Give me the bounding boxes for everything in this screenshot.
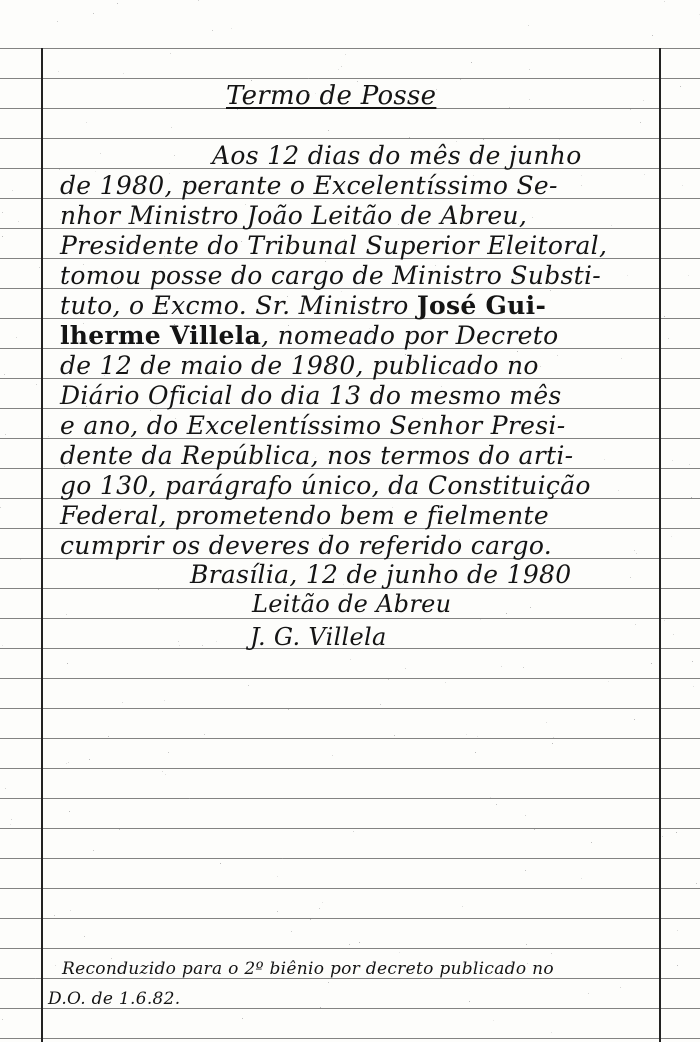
speck: [634, 719, 635, 720]
speck: [328, 459, 329, 460]
speck: [249, 420, 250, 421]
signature-nominee: J. G. Villela: [250, 625, 387, 649]
speck: [644, 174, 645, 175]
left-margin-line: [41, 48, 43, 1042]
speck: [308, 78, 309, 79]
body-line-3: nhor Ministro João Leitão de Abreu,: [60, 203, 527, 228]
body-line-6-text: tuto, o Excmo. Sr. Ministro: [60, 291, 417, 320]
speck: [435, 265, 436, 266]
speck: [83, 323, 84, 324]
speck: [696, 883, 697, 884]
speck: [480, 619, 481, 620]
speck: [59, 169, 60, 170]
footnote-line-1: Reconduzido para o 2º biênio por decreto…: [62, 961, 554, 978]
speck: [672, 460, 673, 461]
speck: [357, 81, 358, 82]
speck: [525, 815, 526, 816]
speck: [427, 400, 428, 401]
body-line-8: de 12 de maio de 1980, publicado no: [60, 353, 539, 378]
speck: [529, 99, 530, 100]
right-margin-line: [659, 48, 661, 1042]
speck: [459, 539, 460, 540]
body-line-1: Aos 12 dias do mês de junho: [212, 143, 582, 168]
speck: [343, 584, 344, 585]
speck: [525, 870, 526, 871]
speck: [688, 275, 689, 276]
speck: [178, 641, 179, 642]
ruled-line: [0, 858, 700, 859]
speck: [551, 1032, 552, 1033]
speck: [620, 987, 621, 988]
speck: [344, 239, 345, 240]
speck: [517, 351, 518, 352]
speck: [536, 513, 537, 514]
speck: [462, 511, 463, 512]
speck: [664, 620, 665, 621]
speck: [540, 366, 541, 367]
speck: [315, 457, 316, 458]
speck: [2, 212, 3, 213]
speck: [640, 122, 641, 123]
speck: [388, 679, 389, 680]
speck: [460, 79, 461, 80]
speck: [84, 936, 85, 937]
speck: [234, 579, 235, 580]
speck: [445, 682, 446, 683]
speck: [662, 836, 663, 837]
speck: [39, 267, 40, 268]
speck: [231, 28, 232, 29]
speck: [496, 804, 497, 805]
ledger-page: Termo de Posse Aos 12 dias do mês de jun…: [0, 0, 700, 1042]
speck: [99, 393, 100, 394]
speck: [76, 498, 77, 499]
speck: [220, 863, 221, 864]
speck: [372, 550, 373, 551]
speck: [5, 788, 6, 789]
speck: [86, 406, 87, 407]
speck: [477, 736, 478, 737]
speck: [643, 100, 644, 101]
speck: [174, 324, 175, 325]
speck: [664, 1, 665, 2]
speck: [61, 318, 62, 319]
ruled-line: [0, 948, 700, 949]
speck: [673, 634, 674, 635]
speck: [16, 337, 17, 338]
speck: [175, 418, 176, 419]
speck: [664, 316, 665, 317]
speck: [0, 507, 1, 508]
speck: [692, 661, 693, 662]
speck: [83, 264, 84, 265]
speck: [245, 204, 246, 205]
speck: [581, 185, 582, 186]
speck: [320, 1007, 321, 1008]
speck: [18, 221, 19, 222]
speck: [635, 624, 636, 625]
speck: [132, 436, 133, 437]
speck: [553, 737, 554, 738]
speck: [290, 518, 291, 519]
speck: [680, 86, 681, 87]
footnote-line-2: D.O. de 1.6.82.: [48, 991, 181, 1008]
speck: [93, 13, 94, 14]
speck: [100, 153, 101, 154]
speck: [689, 464, 690, 465]
speck: [242, 1018, 243, 1019]
speck: [608, 681, 609, 682]
speck: [168, 752, 169, 753]
speck: [272, 191, 273, 192]
speck: [350, 659, 351, 660]
speck: [95, 171, 96, 172]
speck: [57, 21, 58, 22]
speck: [398, 224, 399, 225]
speck: [677, 930, 678, 931]
speck: [282, 858, 283, 859]
speck: [621, 358, 622, 359]
speck: [277, 911, 278, 912]
speck: [165, 774, 166, 775]
speck: [682, 185, 683, 186]
speck: [58, 71, 59, 72]
speck: [216, 252, 217, 253]
speck: [462, 906, 463, 907]
speck: [98, 309, 99, 310]
speck: [409, 137, 410, 138]
body-line-7-text: , nomeado por Decreto: [261, 321, 558, 350]
ruled-line: [0, 918, 700, 919]
speck: [11, 819, 12, 820]
ruled-line: [0, 618, 700, 619]
speck: [329, 558, 330, 559]
speck: [676, 832, 677, 833]
speck: [160, 314, 161, 315]
speck: [527, 963, 528, 964]
speck: [581, 878, 582, 879]
speck: [405, 668, 406, 669]
speck: [328, 982, 329, 983]
speck: [179, 645, 180, 646]
ruled-line: [0, 78, 700, 79]
speck: [64, 515, 65, 516]
speck: [216, 641, 217, 642]
speck: [422, 418, 423, 419]
body-line-11: dente da República, nos termos do arti-: [60, 443, 573, 468]
speck: [322, 538, 323, 539]
speck: [396, 190, 397, 191]
speck: [68, 762, 69, 763]
speck: [671, 536, 672, 537]
body-line-2: de 1980, perante o Excelentíssimo Se-: [60, 173, 558, 198]
speck: [382, 344, 383, 345]
speck: [618, 490, 619, 491]
speck: [241, 241, 242, 242]
speck: [677, 965, 678, 966]
speck: [469, 1001, 470, 1002]
body-line-7: lherme Villela, nomeado por Decreto: [60, 323, 558, 348]
speck: [291, 931, 292, 932]
speck: [156, 406, 157, 407]
speck: [380, 704, 381, 705]
speck: [164, 256, 165, 257]
speck: [2, 645, 3, 646]
speck: [509, 107, 510, 108]
speck: [552, 743, 553, 744]
body-line-12: go 130, parágrafo único, da Constituição: [60, 473, 591, 498]
speck: [393, 307, 394, 308]
speck: [349, 944, 350, 945]
speck: [170, 461, 171, 462]
speck: [117, 287, 118, 288]
speck: [36, 384, 37, 385]
speck: [35, 978, 36, 979]
speck: [2, 236, 3, 237]
speck: [170, 53, 171, 54]
nominee-name-part-1: José Gui-: [417, 291, 546, 320]
speck: [557, 355, 558, 356]
speck: [534, 829, 535, 830]
speck: [89, 759, 90, 760]
speck: [90, 339, 91, 340]
speck: [86, 122, 87, 123]
speck: [338, 69, 339, 70]
speck: [5, 434, 6, 435]
speck: [48, 436, 49, 437]
speck: [104, 375, 105, 376]
speck: [627, 275, 628, 276]
speck: [473, 175, 474, 176]
speck: [158, 589, 159, 590]
speck: [581, 175, 582, 176]
signature-president: Leitão de Abreu: [252, 592, 451, 616]
speck: [652, 35, 653, 36]
speck: [62, 367, 63, 368]
speck: [347, 437, 348, 438]
speck: [345, 54, 346, 55]
speck: [399, 952, 400, 953]
speck: [341, 291, 342, 292]
speck: [429, 563, 430, 564]
speck: [359, 942, 360, 943]
speck: [520, 549, 521, 550]
speck: [471, 62, 472, 63]
body-line-5: tomou posse do cargo de Ministro Substi-: [60, 263, 601, 288]
speck: [332, 755, 333, 756]
speck: [60, 219, 61, 220]
speck: [277, 876, 278, 877]
speck: [528, 25, 529, 26]
speck: [501, 666, 502, 667]
speck: [636, 553, 637, 554]
document-title: Termo de Posse: [226, 83, 436, 109]
speck: [63, 541, 64, 542]
speck: [493, 1020, 494, 1021]
speck: [212, 30, 213, 31]
speck: [2, 1019, 3, 1020]
speck: [161, 308, 162, 309]
speck: [169, 173, 170, 174]
speck: [193, 367, 194, 368]
body-line-13: Federal, prometendo bem e fielmente: [60, 503, 549, 528]
ruled-line: [0, 888, 700, 889]
body-line-14: cumprir os deveres do referido cargo.: [60, 533, 552, 558]
speck: [441, 386, 442, 387]
speck: [310, 919, 311, 920]
speck: [111, 958, 112, 959]
speck: [78, 341, 79, 342]
speck: [604, 459, 605, 460]
speck: [369, 328, 370, 329]
speck: [651, 663, 652, 664]
speck: [123, 73, 124, 74]
place-and-date: Brasília, 12 de junho de 1980: [190, 562, 571, 587]
speck: [551, 953, 552, 954]
speck: [150, 410, 151, 411]
speck: [120, 509, 121, 510]
ruled-line: [0, 768, 700, 769]
speck: [315, 93, 316, 94]
speck: [398, 304, 399, 305]
speck: [323, 163, 324, 164]
speck: [202, 645, 203, 646]
speck: [173, 250, 174, 251]
speck: [20, 559, 21, 560]
speck: [278, 282, 279, 283]
speck: [634, 550, 635, 551]
speck: [436, 89, 437, 90]
speck: [171, 127, 172, 128]
speck: [530, 607, 531, 608]
speck: [4, 374, 5, 375]
speck: [392, 507, 393, 508]
speck: [413, 359, 414, 360]
speck: [67, 663, 68, 664]
speck: [329, 304, 330, 305]
speck: [523, 667, 524, 668]
body-line-4: Presidente do Tribunal Superior Eleitora…: [60, 233, 607, 258]
ruled-line: [0, 48, 700, 49]
ruled-line: [0, 708, 700, 709]
speck: [189, 798, 190, 799]
speck: [693, 686, 694, 687]
speck: [347, 461, 348, 462]
nominee-name-part-2: lherme Villela: [60, 321, 261, 350]
speck: [546, 722, 547, 723]
speck: [506, 613, 507, 614]
speck: [164, 700, 165, 701]
speck: [122, 702, 123, 703]
speck: [12, 190, 13, 191]
speck: [198, 0, 199, 1]
speck: [470, 292, 471, 293]
speck: [204, 734, 205, 735]
speck: [356, 430, 357, 431]
speck: [287, 296, 288, 297]
speck: [534, 365, 535, 366]
speck: [70, 910, 71, 911]
speck: [473, 968, 474, 969]
speck: [691, 497, 692, 498]
speck: [341, 66, 342, 67]
ruled-line: [0, 1038, 700, 1039]
speck: [66, 763, 67, 764]
speck: [288, 325, 289, 326]
speck: [611, 225, 612, 226]
speck: [325, 261, 326, 262]
speck: [93, 850, 94, 851]
speck: [66, 614, 67, 615]
speck: [532, 217, 533, 218]
body-line-10: e ano, do Excelentíssimo Senhor Presi-: [60, 413, 565, 438]
ruled-line: [0, 678, 700, 679]
speck: [466, 734, 467, 735]
speck: [507, 333, 508, 334]
speck: [251, 80, 252, 81]
body-line-9: Diário Oficial do dia 13 do mesmo mês: [60, 383, 562, 408]
speck: [353, 831, 354, 832]
speck: [550, 290, 551, 291]
speck: [108, 736, 109, 737]
speck: [516, 277, 517, 278]
speck: [69, 811, 70, 812]
speck: [492, 582, 493, 583]
speck: [529, 69, 530, 70]
speck: [591, 842, 592, 843]
speck: [322, 902, 323, 903]
speck: [588, 993, 589, 994]
speck: [288, 709, 289, 710]
speck: [84, 462, 85, 463]
ruled-line: [0, 138, 700, 139]
speck: [490, 797, 491, 798]
ruled-line: [0, 798, 700, 799]
speck: [307, 393, 308, 394]
speck: [174, 155, 175, 156]
speck: [319, 908, 320, 909]
speck: [394, 735, 395, 736]
speck: [405, 354, 406, 355]
body-line-6: tuto, o Excmo. Sr. Ministro José Gui-: [60, 293, 546, 318]
speck: [10, 824, 11, 825]
speck: [54, 915, 55, 916]
speck: [244, 543, 245, 544]
speck: [162, 771, 163, 772]
speck: [526, 944, 527, 945]
speck: [483, 139, 484, 140]
speck: [119, 829, 120, 830]
ruled-line: [0, 828, 700, 829]
speck: [470, 372, 471, 373]
speck: [308, 93, 309, 94]
speck: [117, 3, 118, 4]
speck: [248, 685, 249, 686]
speck: [64, 466, 65, 467]
speck: [630, 577, 631, 578]
speck: [630, 109, 631, 110]
ruled-line: [0, 738, 700, 739]
speck: [456, 141, 457, 142]
speck: [237, 109, 238, 110]
speck: [559, 139, 560, 140]
speck: [475, 752, 476, 753]
speck: [668, 338, 669, 339]
speck: [289, 399, 290, 400]
speck: [519, 475, 520, 476]
speck: [328, 130, 329, 131]
speck: [347, 457, 348, 458]
